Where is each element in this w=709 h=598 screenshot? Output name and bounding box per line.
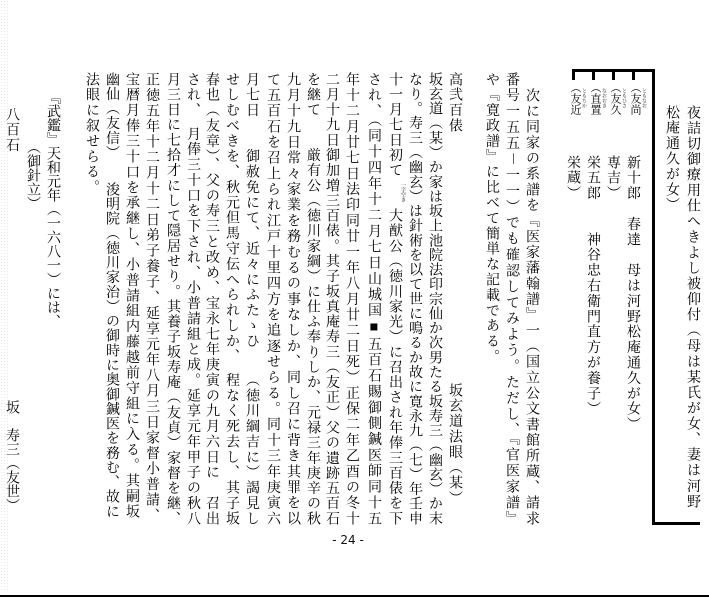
- intro-line: や『寛政譜』に比べて簡単な記載である。: [482, 72, 502, 365]
- record-line: 九月十九日常々家業を務むるの事なしか、同し召に背き其罪を以: [283, 72, 303, 525]
- child-name: （友近: [568, 82, 582, 115]
- record-line: なり。寿三（幽玄）は針術を以て世に鳴るか故に寛永九（七）年壬申: [405, 72, 425, 525]
- blank-space-annotation: 一字空き: [398, 182, 406, 202]
- child-name-ruby: ともちか: [581, 88, 587, 108]
- record-line: され、（同十四年十二月七日山城国▪五百石賜御側鍼医師同十五: [364, 72, 384, 525]
- record-line: 月三日に七拾才にして隠居せり。其養子坂寿庵（友貞）家督を継、: [163, 72, 183, 525]
- genealogy-bracket-bottom: [652, 522, 700, 525]
- child-detail: 栄五郎 神谷忠右衛門直方が養子）: [583, 155, 603, 417]
- genealogy-tick: [632, 69, 635, 80]
- record-line: 幽仙（友信） 浚明院（徳川家治）の御時に奥御鍼医を務む、故に: [102, 72, 122, 518]
- record-line: 二月十九日御加増三百俵。其子坂真庵寿三（友正）父の遺跡五百石: [322, 72, 342, 525]
- lineage-note-line: 夜詰切御療用仕へきよし被仰付（母は某氏が女、妻は河野: [683, 105, 703, 508]
- record-line: 年十二月廿七日法印同廿一年八月廿二日死）正保二年乙酉の冬十: [342, 72, 362, 525]
- record-line: を継て 厳有公（徳川家綱）に仕ふ奉りしか、元禄三年庚辛の秋: [303, 72, 323, 525]
- document-page: 夜詰切御療用仕へきよし被仰付（母は某氏が女、妻は河野 松庵通久が女） （友尚 と…: [0, 0, 709, 598]
- genealogy-tick: [612, 69, 615, 80]
- bukan-stipend: 八百石: [2, 107, 22, 153]
- page-number: - 24 -: [318, 533, 378, 547]
- record-line: 月七日 御赦免にて、近々にふたゝひ （徳川綱吉に）謁見し: [242, 72, 262, 525]
- record-line: せしむべきを、秋元但馬守伝へられしか、 程なく死去し、其子坂: [222, 72, 242, 525]
- record-heading: 坂玄道法眼（某）: [445, 383, 465, 506]
- record-line: 正徳五年十二月十二日弟子養子、延享元年八月三日家督小普請、: [142, 72, 162, 522]
- lineage-note-line: 松庵通久が女）: [662, 105, 682, 213]
- bukan-role: （御針立）: [23, 140, 43, 210]
- child-detail: 栄蔵）: [563, 155, 583, 201]
- bukan-name: 坂 寿三（友世）: [2, 400, 22, 512]
- record-line: され、 月俸三十口を下され、小普請組と成。延享元年甲子の秋八: [183, 72, 203, 525]
- child-name-ruby: ともなお: [641, 88, 647, 108]
- child-detail: 専吉）: [603, 155, 623, 201]
- child-name: （友尚: [628, 82, 642, 115]
- bukan-intro: 『武鑑』天和元年（一六八一）には、: [43, 90, 63, 328]
- genealogy-tick: [572, 69, 575, 80]
- record-line: 坂玄道（某）か家は坂上池院法印宗仙か次男たる坂寿三（幽玄）か末: [425, 72, 445, 525]
- page-bottom-rule: [0, 595, 709, 597]
- genealogy-tick: [592, 69, 595, 80]
- intro-line: 次に同家の系譜を『医家藩翰譜』一（国立公文書館所蔵、請求: [522, 88, 542, 525]
- record-line: 十一月七日初て 大猷公（徳川家光）に召出され年俸三百俵を下: [385, 72, 405, 525]
- child-name: （直置: [588, 82, 602, 115]
- record-line: 法眼に叙せらる。: [82, 72, 102, 195]
- genealogy-bracket-vertical: [652, 69, 655, 525]
- child-name-ruby: なおおき: [601, 88, 607, 108]
- record-line: 春也（友章）、父の寿三と改め、宝永七年庚寅の九月六日に 召出: [202, 72, 222, 525]
- child-name: （友久: [608, 82, 622, 115]
- child-detail: 新十郎 春達 母は河野松庵通久が女）: [623, 155, 643, 432]
- record-line: 宝暦月俸三十口を承継し、小普請組内藤越前守組に入る。其嗣坂: [122, 72, 142, 518]
- record-stipend: 高弐百俵: [445, 72, 465, 134]
- child-name-ruby: ともひさ: [621, 88, 627, 108]
- intro-line: 番号一五五－一一）でも確認してみよう。ただし、『官医家譜』: [502, 72, 522, 525]
- record-line: て五百石を召上られ江戸十里四方を追逐せらる。同十三年庚寅六: [263, 72, 283, 525]
